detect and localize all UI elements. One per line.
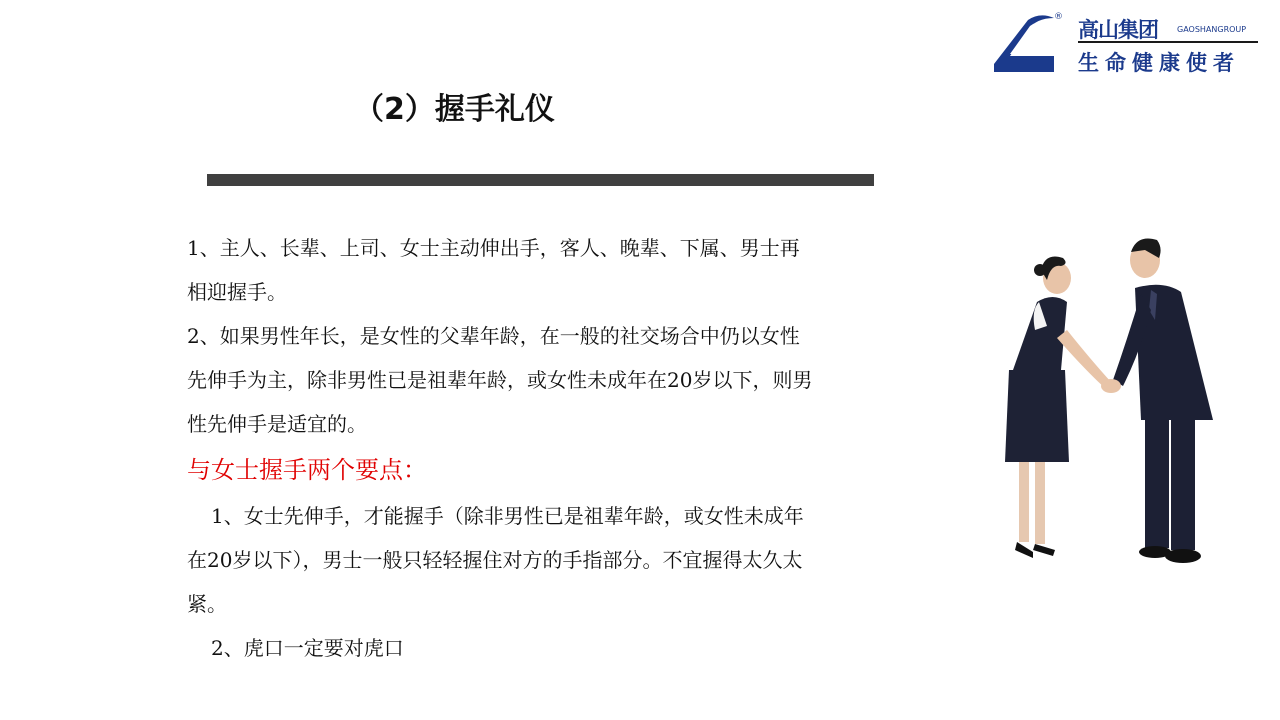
point-line: 1、女士先伸手，才能握手（除非男性已是祖辈年龄，或女性未成年 [187, 504, 804, 528]
logo-rule [1078, 41, 1258, 43]
slide-title: （2）握手礼仪 [354, 84, 555, 128]
logo-mark-icon [992, 14, 1056, 74]
slide-content: 1、主人、长辈、上司、女士主动伸出手，客人、晚辈、下属、男士再 相迎握手。 2、… [187, 226, 947, 670]
point-2: 2、虎口一定要对虎口 [187, 626, 947, 670]
paragraph-line: 相迎握手。 [187, 280, 287, 304]
company-name-en: GAOSHANGROUP [1177, 25, 1246, 34]
paragraph-line: 2、如果男性年长，是女性的父辈年龄，在一般的社交场合中仍以女性 [187, 324, 800, 348]
title-divider [207, 174, 874, 186]
company-name-cn: 高山集团 [1078, 14, 1158, 44]
paragraph-2: 2、如果男性年长，是女性的父辈年龄，在一般的社交场合中仍以女性 先伸手为主，除非… [187, 314, 947, 446]
point-line: 紧。 [187, 592, 227, 616]
point-1: 1、女士先伸手，才能握手（除非男性已是祖辈年龄，或女性未成年 在20岁以下），男… [187, 494, 947, 626]
paragraph-line: 性先伸手是适宜的。 [187, 412, 367, 436]
paragraph-line: 1、主人、长辈、上司、女士主动伸出手，客人、晚辈、下属、男士再 [187, 236, 800, 260]
paragraph-line: 先伸手为主，除非男性已是祖辈年龄，或女性未成年在20岁以下，则男 [187, 368, 812, 392]
registered-mark: ® [1054, 12, 1063, 22]
point-line: 在20岁以下），男士一般只轻轻握住对方的手指部分。不宜握得太久太 [187, 548, 802, 572]
company-logo: ® 高山集团 GAOSHANGROUP 生命健康使者 [992, 12, 1262, 76]
point-line: 2、虎口一定要对虎口 [187, 636, 404, 660]
highlight-heading: 与女士握手两个要点： [187, 446, 947, 494]
handshake-photo [995, 230, 1225, 575]
company-slogan: 生命健康使者 [1078, 47, 1240, 77]
paragraph-1: 1、主人、长辈、上司、女士主动伸出手，客人、晚辈、下属、男士再 相迎握手。 [187, 226, 947, 314]
